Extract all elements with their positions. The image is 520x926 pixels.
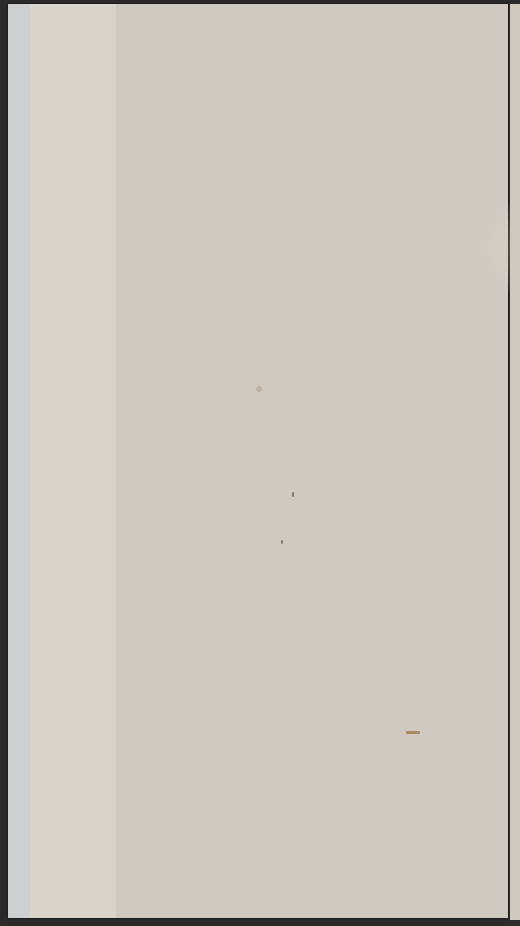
blank-page: [8, 4, 508, 918]
paper-speck: [281, 540, 283, 544]
margin-strip: [30, 4, 116, 918]
next-page-edge: [510, 4, 520, 920]
page-body: [116, 4, 508, 918]
paper-speck: [292, 492, 294, 497]
paper-stain: [256, 386, 262, 392]
paper-stain: [406, 731, 420, 734]
binding-edge-strip: [8, 4, 30, 918]
